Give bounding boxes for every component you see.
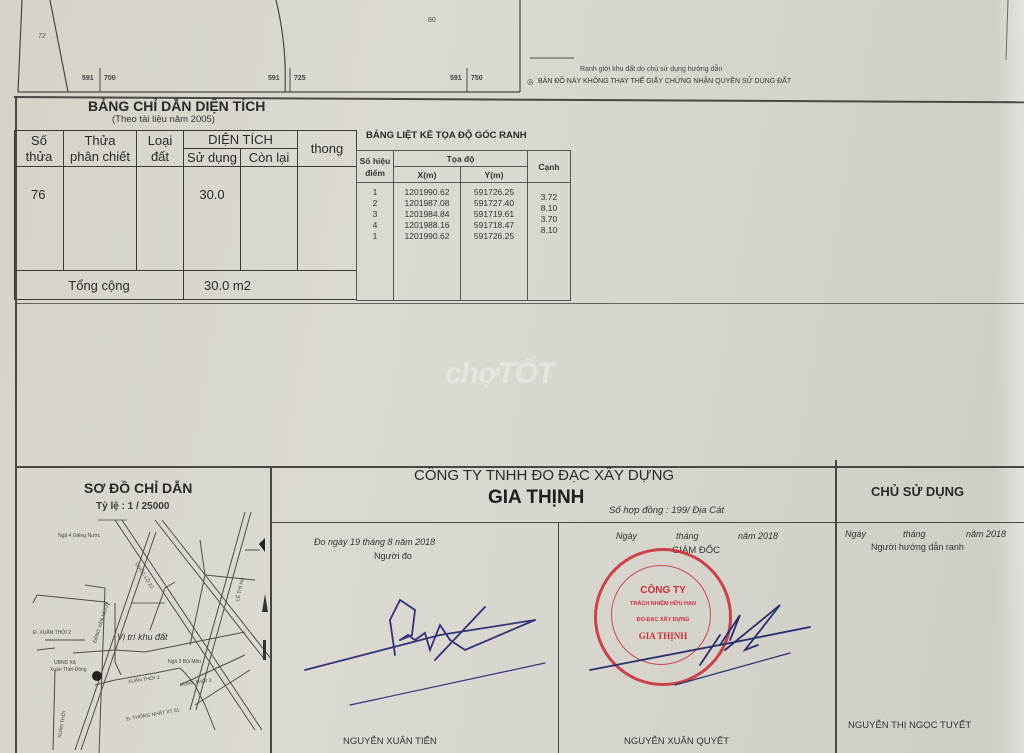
header-y: Y(m) [461,167,528,183]
surveyor-name: NGUYỄN XUÂN TIẾN [343,736,437,747]
map-label-xuan-thoi-2: Đ. XUÂN THỚI 2 [33,630,71,636]
header-canh: Cạnh [528,151,571,183]
owner-role: Người hướng dẫn ranh [871,542,964,552]
director-date-month: tháng [676,531,699,541]
coord-cell: 1201987.08 [394,198,460,209]
divider-map [270,466,272,753]
header-thua-phan-chiet: Thửaphân chiết [64,131,137,167]
cell-loai-dat [137,167,184,271]
header-so-hieu: Số hiệuđiểm [357,151,394,183]
divider-director [558,523,559,753]
cell-con-lai [241,167,298,271]
col-points: 12341 [357,183,394,301]
cell-thua-phan-chiet [64,167,137,271]
owner-title: CHỦ SỬ DỤNG [871,484,964,499]
paper-edge [994,0,1024,753]
coord-cell: 1 [357,187,393,198]
sign-row-top [270,522,1024,523]
col-x: 1201990.621201987.081201984.841201988.16… [394,183,461,301]
legend-notice: BẢN ĐỒ NÀY KHÔNG THAY THẾ GIẤY CHỨNG NHẬ… [538,78,791,85]
cell-su-dung: 30.0 [184,167,241,271]
grid-tick-right: 725 [294,75,306,82]
coord-cell: 591719.61 [461,209,527,220]
grid-tick-left: 591 [82,75,94,82]
location-map-title: SƠ ĐỒ CHỈ DẪN [84,480,192,496]
header-loai-dat: Loạiđất [137,131,184,167]
coord-cell: 1201990.62 [394,231,460,242]
surveyor-signature [290,595,550,715]
coord-cell: 3.72 [528,192,570,203]
watermark: chợTỐT [445,357,554,391]
header-so-thua: Sốthửa [15,131,64,167]
owner-date-day: Ngày [845,529,866,539]
coord-cell: 8.10 [528,225,570,236]
director-signature [580,595,820,695]
coord-cell: 591718.47 [461,220,527,231]
parcel-label: 72 [38,33,46,40]
coord-cell: 3 [357,209,393,220]
header-toa-do: Tọa độ [394,151,528,167]
ubnd-marker-icon [92,671,102,681]
coord-cell: 591726.25 [461,187,527,198]
coord-cell: 2 [357,198,393,209]
coord-cell: 1201990.62 [394,187,460,198]
grid-tick-left: 591 [450,75,462,82]
header-thong: thong [298,131,357,167]
col-edges: 3.728.103.708.10 [528,183,571,301]
map-label-ubnd-2: Xuân Thới Đông [50,667,87,673]
coord-cell: 591727.40 [461,198,527,209]
coord-cell: 1201988.16 [394,220,460,231]
map-label-vi-tri: Vị trí khu đất [117,632,168,642]
map-label-nga4: Ngã 4 Giếng Nước [58,533,100,539]
header-su-dung: Sử dụng [184,149,241,167]
map-lines [0,0,1024,100]
area-table: Sốthửa Thửaphân chiết Loạiđất DIỆN TÍCH … [14,130,357,300]
area-table-title: BẢNG CHỈ DẪN DIỆN TÍCH [88,98,265,114]
owner-name: NGUYỄN THỊ NGỌC TUYẾT [848,720,971,731]
map-label-ubnd: UBND Xã [54,660,76,666]
total-value: 30.0 m2 [184,271,357,300]
grid-tick-left: 591 [268,75,280,82]
coord-cell: 1201984.84 [394,209,460,220]
coord-cell: 4 [357,220,393,231]
divider-owner [835,460,837,753]
divider-line [15,303,1024,304]
header-dien-tich: DIỆN TÍCH [184,131,298,149]
grid-tick-right: 700 [104,75,116,82]
director-name: NGUYỄN XUÂN QUYẾT [624,736,729,747]
cell-so-thua: 76 [15,167,64,271]
owner-date-year: năm 2018 [966,529,1006,539]
coord-table: Số hiệuđiểm Tọa độ Cạnh X(m) Y(m) 12341 … [356,150,571,301]
contract-number: Số hợp đồng : 199/ Địa Cát [609,505,724,516]
company-line1: CÔNG TY TNHH ĐO ĐẠC XÂY DỰNG [414,467,674,484]
surveyor-role: Người đo [374,551,412,561]
header-x: X(m) [394,167,461,183]
cell-thong [298,167,357,271]
area-table-subtitle: (Theo tài liệu năm 2005) [112,114,215,125]
company-name: GIA THỊNH [488,487,584,509]
director-date-year: năm 2018 [738,531,778,541]
owner-date-month: tháng [903,529,926,539]
legend-boundary: Ranh giới khu đất do chủ sử dụng hướng d… [580,66,722,73]
coord-table-title: BẢNG LIỆT KÊ TỌA ĐỘ GÓC RANH [366,130,527,141]
header-con-lai: Còn lại [241,149,298,167]
total-label: Tổng cộng [15,271,184,300]
survey-date: Đo ngày 19 tháng 8 năm 2018 [314,537,435,547]
grid-tick-right: 750 [471,75,483,82]
parcel-label: 80 [428,17,436,24]
table-row: 76 30.0 [15,167,357,271]
director-date-day: Ngày [616,531,637,541]
coord-cell: 591726.25 [461,231,527,242]
col-y: 591726.25591727.40591719.61591718.475917… [461,183,528,301]
coord-cell: 1 [357,231,393,242]
map-label-nga3: Ngã 3 Bùi Môn [168,659,201,665]
north-arrow-icon [262,594,268,612]
legend-notice-icon: ◎ [527,77,534,86]
coord-cell: 8.10 [528,203,570,214]
coord-cell: 3.70 [528,214,570,225]
